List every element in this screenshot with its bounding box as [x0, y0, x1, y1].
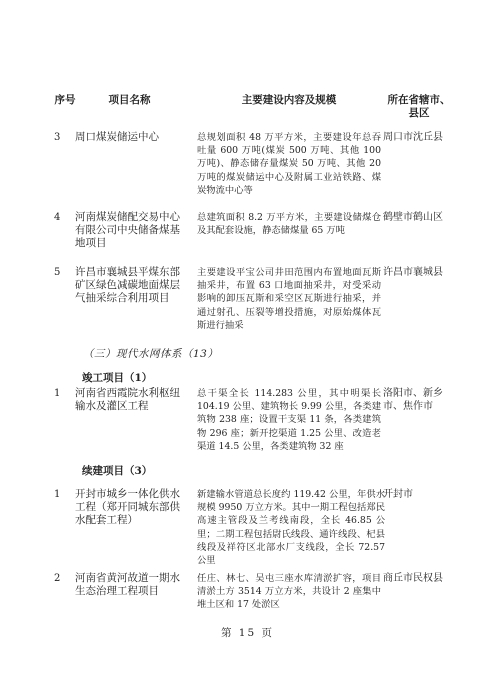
project-content: 主要建设平宝公司井田范围内布置地面瓦斯抽采井，布置 63 口地面抽采井，对受采动… — [197, 266, 381, 332]
project-content: 总干渠全长 114.283 公里，其中明渠长 104.19 公里、建筑物长 9.… — [197, 387, 381, 453]
project-content: 新建输水管道总长度约 119.42 公里，年供水规模 9950 万立方米。其中一… — [197, 488, 385, 567]
project-name: 许昌市襄城县平煤东部矿区绿色减碳地面煤层气抽采综合利用项目 — [75, 266, 184, 306]
project-name: 河南省黄河故道一期水生态治理工程项目 — [75, 572, 184, 598]
document-page: 序号 项目名称 主要建设内容及规模 所在省辖市、 县区 3 周口煤炭储运中心 总… — [0, 0, 495, 699]
project-location: 商丘市民权县 — [383, 572, 455, 585]
header-col-location: 所在省辖市、 县区 — [381, 94, 457, 120]
header-col-location-line2: 县区 — [381, 107, 457, 120]
row-number: 4 — [54, 211, 76, 224]
row-number: 3 — [54, 131, 76, 144]
project-name: 开封市城乡一体化供水工程（郑开同城东部供水配套工程） — [75, 488, 184, 528]
project-content: 总建筑面积 8.2 万平方米，主要建设储煤仓及其配套设施，静态储煤量 65 万吨 — [197, 211, 381, 237]
project-location: 开封市 — [383, 488, 455, 501]
subsection-title-completed: 竣工项目（1） — [82, 370, 152, 385]
project-location: 许昌市襄城县 — [383, 266, 455, 279]
section-title: （三）现代水网体系（13） — [83, 346, 218, 361]
header-col-content: 主要建设内容及规模 — [197, 94, 381, 107]
project-location: 洛阳市、新乡市、焦作市 — [383, 387, 455, 413]
project-content: 任庄、林七、吴屯三座水库清淤扩容，项目清淤土方 3514 万立方米，共设计 2 … — [197, 572, 381, 612]
row-number: 2 — [54, 572, 76, 585]
row-number: 1 — [54, 387, 76, 400]
project-content: 总规划面积 48 万平方米，主要建设年总吞吐量 600 万吨(煤炭 500 万吨… — [197, 131, 381, 197]
project-name: 河南省西霞院水利枢纽输水及灌区工程 — [75, 387, 184, 413]
project-name: 周口煤炭储运中心 — [75, 131, 184, 144]
subsection-title-continued: 续建项目（3） — [82, 463, 152, 478]
project-location: 周口市沈丘县 — [383, 131, 455, 144]
header-col-project-name: 项目名称 — [75, 94, 184, 107]
row-number: 1 — [54, 488, 76, 501]
header-col-location-line1: 所在省辖市、 — [381, 94, 457, 107]
project-location: 鹤壁市鹤山区 — [383, 211, 455, 224]
page-number: 第 15 页 — [0, 625, 495, 640]
row-number: 5 — [54, 266, 76, 279]
project-name: 河南煤炭储配交易中心有限公司中央储备煤基地项目 — [75, 211, 184, 251]
